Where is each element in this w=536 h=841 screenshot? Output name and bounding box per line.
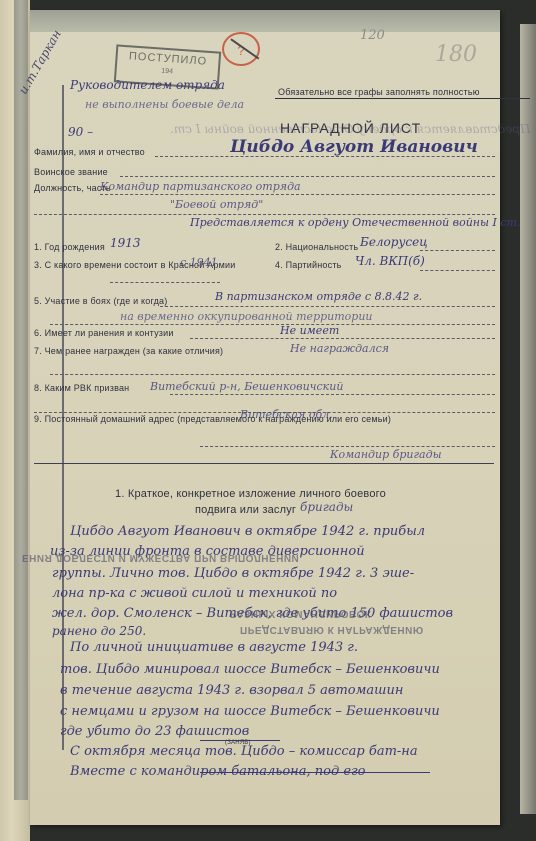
red-circle-mark: ? <box>237 43 244 58</box>
summary-line-3: группы. Лично тов. Цибдо в октябре 1942 … <box>52 566 414 581</box>
nationality-label: 2. Национальность <box>275 242 358 252</box>
party-dotline <box>420 270 495 271</box>
bleed-through-text: Представляется к ордену Отечественной во… <box>170 122 530 136</box>
signature-note: Командир бригады <box>330 448 442 461</box>
prior-awards-dotline <box>50 374 495 375</box>
draft-dotline <box>170 394 495 395</box>
summary-line-10: с немцами и грузом на шоссе Витебск – Бе… <box>60 704 440 719</box>
instruction-underline <box>275 98 530 99</box>
top-note-line-1: Руководителем отряда <box>70 78 225 92</box>
binding-strip <box>14 0 28 800</box>
summary-line-1: Цибдо Авгуот Иванович в октябре 1942 г. … <box>70 524 425 539</box>
name-value: Цибдо Авгуот Иванович <box>230 137 478 157</box>
draft-value: Витебский р-н, Бешенковичский <box>150 380 343 393</box>
summary-heading-2: подвига или заслуг <box>195 504 296 516</box>
rank-dotline <box>120 176 495 177</box>
summary-line-8: тов. Цибдо минировал шоссе Витебск – Беш… <box>60 662 440 677</box>
archive-number-2: 180 <box>435 42 477 67</box>
army-since-value: с 1941 <box>180 256 218 269</box>
bleed-print-2: РАЗНЫХ КОМАНДИРОВОК <box>230 608 371 619</box>
page-top-band <box>30 10 500 32</box>
summary-line-12: С октября месяца тов. Цибдо – комиссар б… <box>70 744 418 759</box>
position-dotline-2 <box>34 214 495 215</box>
award-sheet-page: ПОСТУПИЛО 194 ? 120 180 и.т.Таркан Обяза… <box>30 10 500 825</box>
left-number: 90 – <box>68 125 93 139</box>
birth-year-label: 1. Год рождения <box>34 242 105 252</box>
summary-heading-hand: бригады <box>300 500 353 514</box>
nationality-dotline <box>420 250 495 251</box>
summary-line-9: в течение августа 1943 г. взорвал 5 авто… <box>60 683 403 698</box>
archive-number-1: 120 <box>360 28 385 43</box>
tissue-overlay <box>520 24 536 814</box>
summary-line-6: ранено до 250. <box>52 624 146 638</box>
rank-label: Воинское звание <box>34 167 108 177</box>
prior-awards-value: Не награждался <box>290 342 389 355</box>
red-circle-stamp: ? <box>222 32 260 66</box>
bleed-print-1: ЕНИЯ ДОБЛЕСТИ И МУЖЕСТВА ПРИ ВЫПОЛНЕНИИ <box>22 552 299 563</box>
wounds-dotline <box>190 338 495 339</box>
address-value: Витебская обл. <box>240 408 333 421</box>
nationality-value: Белорусец <box>360 235 428 249</box>
summary-line-11: где убито до 23 фашистов <box>60 724 249 739</box>
draft-label: 8. Каким РВК призван <box>34 383 129 393</box>
combat-dotline-2 <box>50 324 495 325</box>
name-label: Фамилия, имя и отчество <box>34 147 145 157</box>
prior-awards-label: 7. Чем ранее награжден (за какие отличия… <box>34 346 223 356</box>
army-dotline <box>110 282 220 283</box>
summary-line-7: По личной инициативе в августе 1943 г. <box>70 640 358 655</box>
address-dotline <box>200 446 495 447</box>
wounds-label: 6. Имеет ли ранения и контузии <box>34 328 174 338</box>
position-value: Командир партизанского отряда <box>100 180 301 193</box>
wounds-value: Не имеет <box>280 324 339 337</box>
combat-value-line2: на временно оккупированной территории <box>120 310 373 323</box>
birth-year-value: 1913 <box>110 236 141 250</box>
instruction-text: Обязательно все графы заполнять полность… <box>278 87 480 97</box>
combat-value: В партизанском отряде с 8.8.42 г. <box>215 290 422 303</box>
strikethrough-battalion <box>200 772 430 773</box>
combat-label: 5. Участие в боях (где и когда) <box>34 296 167 306</box>
recommended-note: Представляется к ордену Отечественной во… <box>190 216 520 229</box>
summary-line-4: лона пр-ка с живой силой и техникой по <box>52 586 337 601</box>
combat-dotline <box>160 306 495 307</box>
section-divider <box>34 463 494 464</box>
position-dotline <box>100 194 495 195</box>
party-label: 4. Партийность <box>275 260 342 270</box>
bleed-print-3: ПРЕДСТАВЛЯЮ К НАГРАЖДЕНИЮ <box>240 624 424 635</box>
party-value: Чл. ВКП(б) <box>355 254 425 268</box>
summary-heading-1: 1. Краткое, конкретное изложение личного… <box>115 488 386 500</box>
address-label: 9. Постоянный домашний адрес (представля… <box>34 414 391 424</box>
top-note-line-2: не выполнены боевые дела <box>85 98 244 111</box>
position-extra: "Боевой отряд" <box>170 198 263 211</box>
